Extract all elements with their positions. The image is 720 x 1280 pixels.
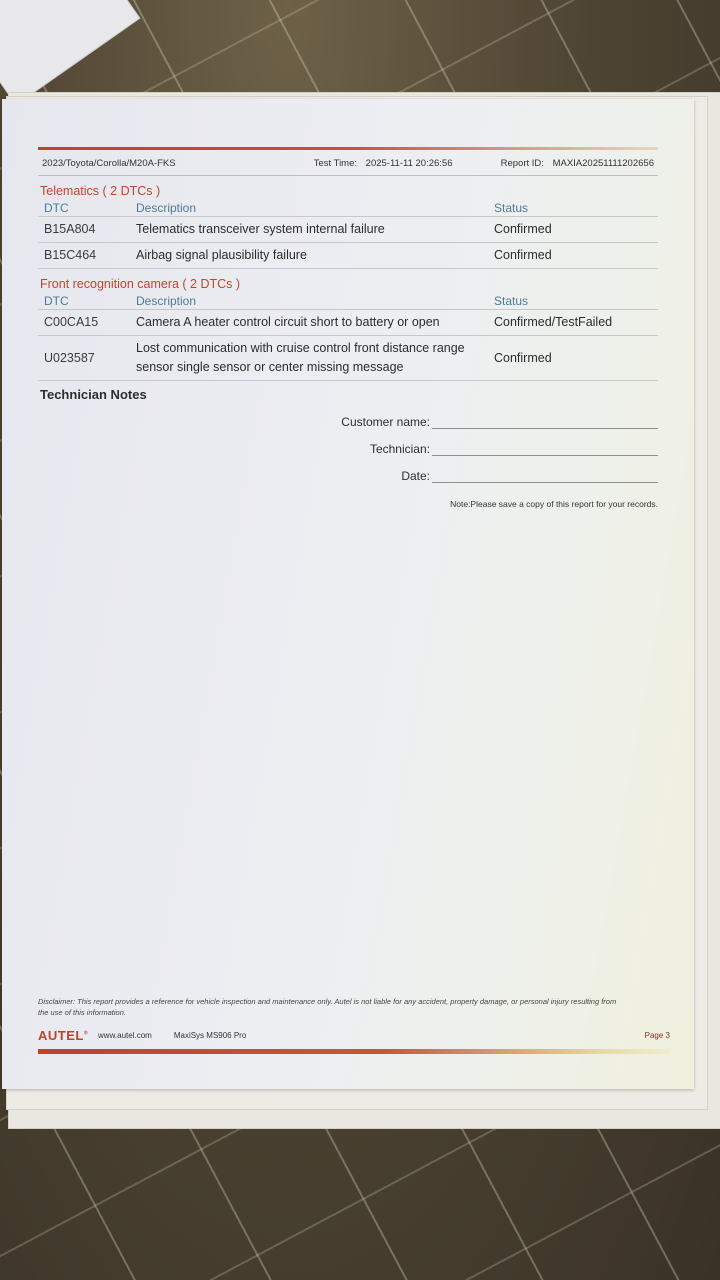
column-header-status: Status (488, 291, 658, 310)
dtc-status: Confirmed (488, 217, 658, 243)
report-id-label: Report ID: (501, 158, 544, 169)
column-header-description: Description (130, 198, 488, 217)
footer-row: AUTEL® www.autel.com MaxiSys MS906 Pro P… (38, 1028, 670, 1043)
page-number: Page 3 (645, 1031, 670, 1040)
date-label: Date: (401, 469, 430, 483)
dtc-description: Telematics transceiver system internal f… (130, 217, 488, 243)
technician-notes-title: Technician Notes (40, 387, 658, 402)
autel-logo: AUTEL® (38, 1028, 88, 1043)
table-header-row: DTC Description Status (38, 198, 658, 217)
dtc-code: U023587 (38, 336, 130, 381)
brand-name: AUTEL (38, 1028, 84, 1043)
customer-name-line (432, 416, 658, 429)
dtc-table-telematics: DTC Description Status B15A804 Telematic… (38, 198, 658, 269)
dtc-description: Camera A heater control circuit short to… (130, 310, 488, 336)
section-title-front-camera: Front recognition camera ( 2 DTCs ) (40, 277, 658, 291)
dtc-code: C00CA15 (38, 310, 130, 336)
report-header: 2023/Toyota/Corolla/M20A-FKS Test Time: … (38, 150, 658, 176)
disclaimer-text: Disclaimer: This report provides a refer… (38, 996, 628, 1018)
website-url: www.autel.com (98, 1031, 152, 1040)
report-footer: Disclaimer: This report provides a refer… (38, 996, 670, 1054)
technician-label: Technician: (370, 442, 430, 456)
records-note: Note:Please save a copy of this report f… (38, 499, 658, 509)
table-row: U023587 Lost communication with cruise c… (38, 336, 658, 381)
dtc-status: Confirmed (488, 336, 658, 381)
dtc-description: Airbag signal plausibility failure (130, 243, 488, 269)
technician-line (432, 443, 658, 456)
date-field: Date: (38, 468, 658, 483)
footer-rule (38, 1049, 670, 1054)
column-header-dtc: DTC (38, 198, 130, 217)
dtc-status: Confirmed (488, 243, 658, 269)
table-row: B15C464 Airbag signal plausibility failu… (38, 243, 658, 269)
report-content: 2023/Toyota/Corolla/M20A-FKS Test Time: … (38, 147, 658, 509)
report-id-value: MAXIA20251111202656 (553, 158, 654, 169)
test-time-value: 2025-11-11 20:26:56 (366, 158, 453, 169)
vehicle-info: 2023/Toyota/Corolla/M20A-FKS (42, 158, 176, 169)
dtc-code: B15A804 (38, 217, 130, 243)
dtc-code: B15C464 (38, 243, 130, 269)
customer-name-label: Customer name: (341, 415, 430, 429)
date-line (432, 470, 658, 483)
dtc-description: Lost communication with cruise control f… (130, 336, 488, 381)
section-title-telematics: Telematics ( 2 DTCs ) (40, 184, 658, 198)
technician-field: Technician: (38, 441, 658, 456)
device-model: MaxiSys MS906 Pro (174, 1031, 246, 1040)
test-time: Test Time: 2025-11-11 20:26:56 (314, 158, 453, 169)
report-id: Report ID: MAXIA20251111202656 (501, 158, 654, 169)
customer-name-field: Customer name: (38, 414, 658, 429)
column-header-description: Description (130, 291, 488, 310)
table-header-row: DTC Description Status (38, 291, 658, 310)
table-row: B15A804 Telematics transceiver system in… (38, 217, 658, 243)
test-time-label: Test Time: (314, 158, 357, 169)
table-row: C00CA15 Camera A heater control circuit … (38, 310, 658, 336)
report-page: 2023/Toyota/Corolla/M20A-FKS Test Time: … (2, 99, 694, 1089)
dtc-status: Confirmed/TestFailed (488, 310, 658, 336)
column-header-dtc: DTC (38, 291, 130, 310)
column-header-status: Status (488, 198, 658, 217)
dtc-table-front-camera: DTC Description Status C00CA15 Camera A … (38, 291, 658, 381)
